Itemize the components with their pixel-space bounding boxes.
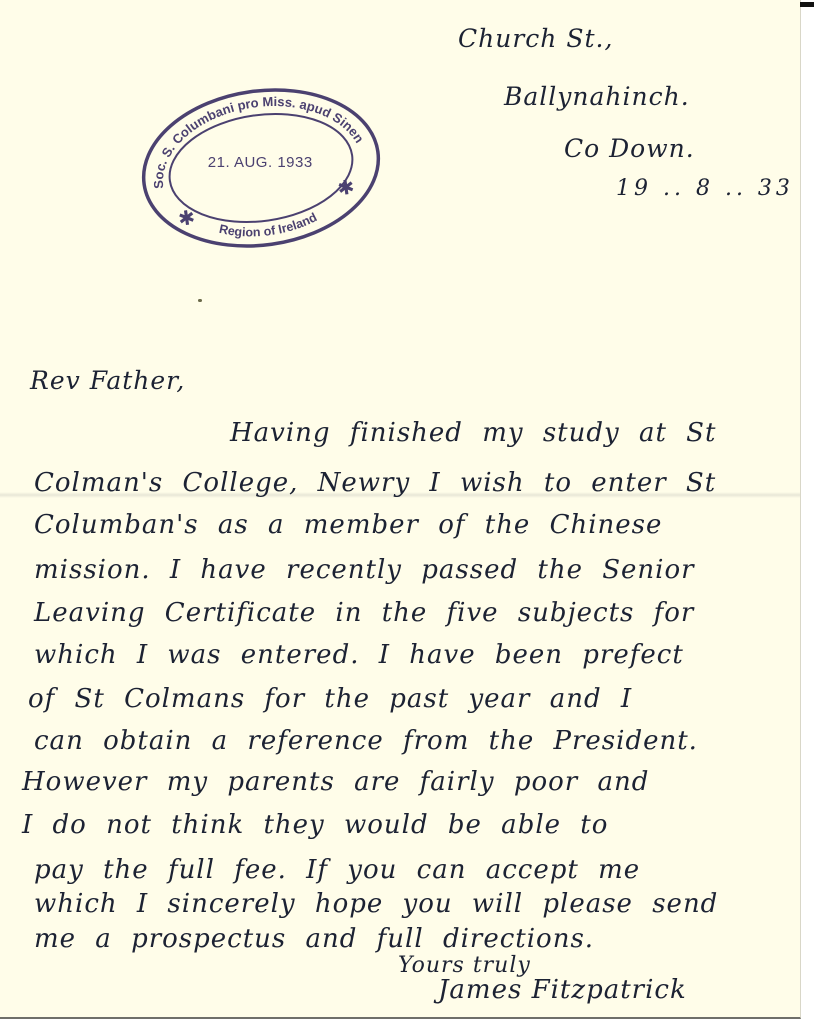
body-line: pay the full fee. If you can accept me [34, 855, 640, 885]
letter-date: 19 .. 8 .. 33 [616, 176, 794, 201]
letter-paper: Soc. S. Columbani pro Miss. apud Sinen R… [0, 0, 801, 1019]
stamp-star-left-icon: ✱ [177, 207, 197, 231]
body-line: of St Colmans for the past year and I [28, 684, 632, 714]
stamp-top-text: Soc. S. Columbani pro Miss. apud Sinen [140, 81, 370, 191]
body-line: Columban's as a member of the Chinese [34, 510, 662, 540]
svg-text:Soc. S. Columbani pro Miss. ap: Soc. S. Columbani pro Miss. apud Sinen [140, 81, 370, 191]
address-county: Co Down. [564, 134, 695, 163]
svg-text:Region of Ireland: Region of Ireland [216, 208, 320, 245]
body-line: Leaving Certificate in the five subjects… [34, 598, 694, 628]
body-line: which I was entered. I have been prefect [34, 640, 684, 670]
stamp-bottom-text: Region of Ireland [216, 208, 320, 245]
received-date-stamp: Soc. S. Columbani pro Miss. apud Sinen R… [130, 72, 392, 264]
body-line: me a prospectus and full directions. [34, 924, 594, 954]
body-line: I do not think they would be able to [22, 810, 608, 840]
body-line: Colman's College, Newry I wish to enter … [34, 468, 716, 498]
address-street: Church St., [458, 24, 613, 53]
salutation: Rev Father, [30, 366, 185, 395]
stamp-star-right-icon: ✱ [336, 176, 356, 200]
stamp-date: 21. AUG. 1933 [139, 154, 381, 171]
body-line: can obtain a reference from the Presiden… [34, 726, 698, 756]
body-line: However my parents are fairly poor and [22, 767, 649, 797]
body-line: which I sincerely hope you will please s… [34, 889, 718, 919]
body-line: Having finished my study at St [230, 418, 716, 448]
signature: James Fitzpatrick [438, 975, 687, 1005]
ink-speck [198, 299, 202, 302]
scan-corner-mark [800, 2, 814, 7]
body-line: mission. I have recently passed the Seni… [34, 555, 695, 585]
address-town: Ballynahinch. [504, 82, 690, 111]
